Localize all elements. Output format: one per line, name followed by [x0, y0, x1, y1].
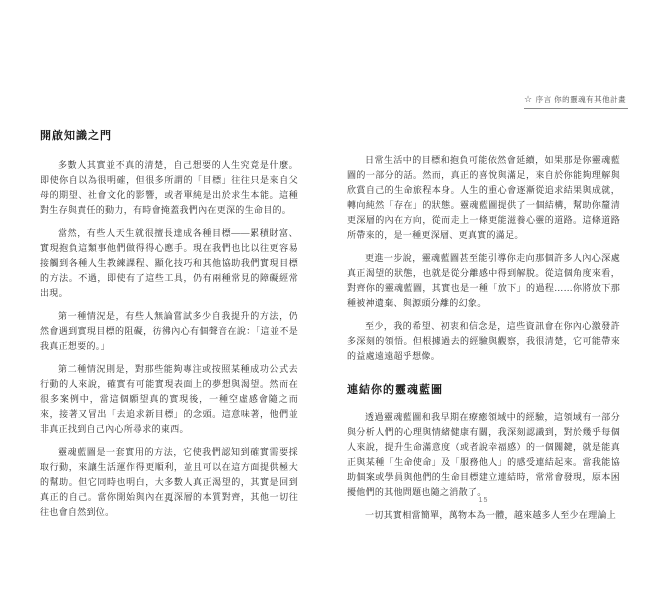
star-icon: ☆ — [524, 95, 533, 104]
left-paragraph: 第一種情況是，有些人無論嘗試多少自我提升的方法，仍然會遇到實現目標的阻礙，彷彿內… — [40, 309, 298, 354]
right-paragraph: 日常生活中的目標和抱負可能依然會延續，如果那是你靈魂藍圖的一部分的話。然而，真正… — [347, 153, 620, 243]
right-paragraph: 透過靈魂藍圖和我早期在療癒領域中的經驗，這領域有一部分與分析人們的心理與情緒健康… — [347, 410, 620, 500]
left-paragraph: 靈魂藍圖是一套實用的方法，它使我們認知到確實需要採取行動，來讓生活運作得更順利，… — [40, 445, 298, 520]
left-paragraph: 第二種情況則是，對那些能夠專注或按照某種成功公式去行動的人來說，確實有可能實現表… — [40, 362, 298, 437]
running-header-title: 序言 你的靈魂有其他計畫 — [536, 94, 627, 105]
left-page: 開啟知識之門 多數人其實並不真的清楚，自己想要的人生究竟是什麼。即使你自以為很明… — [40, 127, 298, 528]
right-page-heading: 連結你的靈魂藍圖 — [347, 381, 620, 397]
left-page-heading: 開啟知識之門 — [40, 127, 298, 143]
left-paragraph: 多數人其實並不真的清楚，自己想要的人生究竟是什麼。即使你自以為很明確，但很多所謂… — [40, 158, 298, 218]
right-paragraph: 一切其實相當簡單，萬物本為一體，越來越多人至少在理論上 — [347, 508, 620, 523]
right-page: 日常生活中的目標和抱負可能依然會延續，如果那是你靈魂藍圖的一部分的話。然而，真正… — [347, 153, 620, 531]
right-page-number: 15 — [347, 497, 620, 504]
left-page-number: 14 — [40, 497, 298, 504]
right-paragraph: 至少，我的希望、初衷和信念是，這些資訊會在你內心激發許多深刻的領悟。但根據過去的… — [347, 319, 620, 364]
running-header: ☆ 序言 你的靈魂有其他計畫 — [524, 94, 628, 109]
book-spread: ☆ 序言 你的靈魂有其他計畫 開啟知識之門 多數人其實並不真的清楚，自己想要的人… — [0, 0, 655, 609]
right-paragraph: 更進一步說，靈魂藍圖甚至能引導你走向那個許多人內心深處真正渴望的狀態，也就是從分… — [347, 251, 620, 311]
left-paragraph: 當然，有些人天生就很擅長達成各種目標——累積財富、實現抱負這類事他們做得得心應手… — [40, 226, 298, 301]
